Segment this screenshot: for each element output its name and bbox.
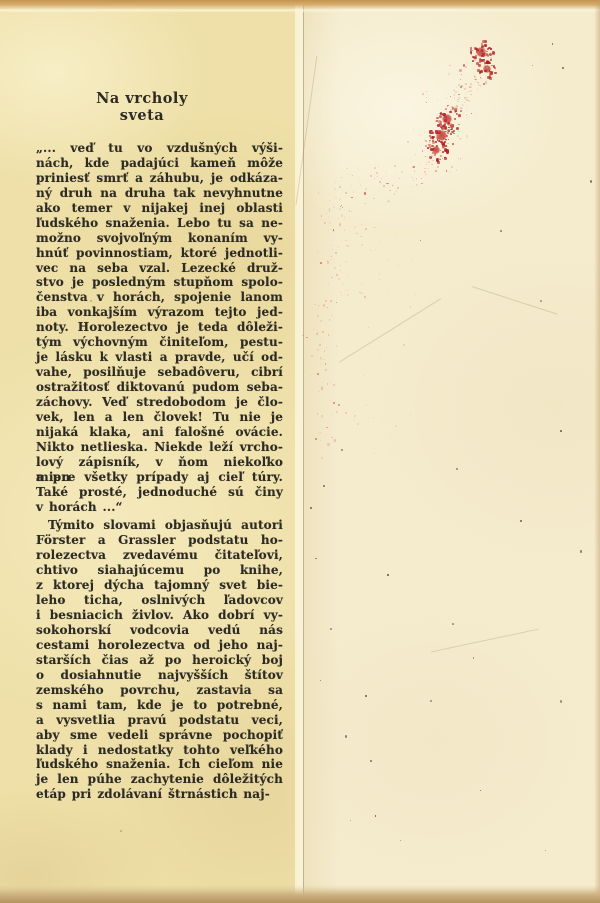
page-heading: Na vrcholy sveta [36,90,248,124]
text-line: etáp pri zdolávaní štrnástich naj- [36,787,283,802]
book-scan: Na vrcholy sveta „... veď tu vo vzdušnýc… [0,0,600,903]
right-edge-shadow [594,0,600,903]
text-line: nijaká klaka, ani falošné ovácie. [36,425,283,440]
heading-line-2: sveta [36,107,248,124]
text-line: „... veď tu vo vzdušných výši- [36,141,283,156]
top-edge-highlight [0,9,600,12]
text-line: vek, len a len človek! Tu nie je [36,410,283,425]
text-line: ľudského snaženia. Ich cieľom nie [36,757,283,772]
text-line: tým výchovným činiteľom, pestu- [36,335,283,350]
text-line: o dosiahnutie najvyšších štítov [36,668,283,683]
text-line: cestami horolezectva od jeho naj- [36,638,283,653]
text-line: zemského povrchu, zastavia sa [36,683,283,698]
text-line: z ktorej dýcha tajomný svet bie- [36,578,283,593]
text-line: Nikto netlieska. Niekde leží vrcho- [36,440,283,455]
text-line: leho ticha, oslnivých ľadovcov [36,593,283,608]
text-line: starších čias až po heroický boj [36,653,283,668]
text-line: lový zápisník, v ňom niekoľko mien [36,455,283,470]
text-line: a vysvetlia pravú podstatu veci, [36,713,283,728]
text-line: chtivo siahajúcemu po knihe, [36,563,283,578]
text-line: hnúť povinnostiam, ktoré jednotli- [36,246,283,261]
text-line: záchovy. Veď stredobodom je člo- [36,395,283,410]
text-line: čenstva v horách, spojenie lanom [36,290,283,305]
body-text: „... veď tu vo vzdušných výši-nách, kde … [36,141,283,802]
text-line: aby sme vedeli správne pochopiť [36,728,283,743]
text-line: s nami tam, kde je to potrebné, [36,698,283,713]
text-line: stvo je posledným stupňom spolo- [36,275,283,290]
text-line: Förster a Grassler podstatu ho- [36,533,283,548]
paragraph: „... veď tu vo vzdušných výši-nách, kde … [36,141,283,514]
text-line: je len púhe zachytenie dôležitých [36,772,283,787]
text-line: ostražitosť diktovanú pudom seba- [36,380,283,395]
right-page [297,0,600,903]
body-text-column: „... veď tu vo vzdušných výši-nách, kde … [36,141,283,802]
heading-line-1: Na vrcholy [36,90,248,107]
text-line: priniesť smrť a záhubu, je odkáza- [36,171,283,186]
text-line: Týmito slovami objasňujú autori [36,518,283,533]
fold-edge-line [303,5,304,895]
text-line: je lásku k vlasti a pravde, učí od- [36,350,283,365]
text-line: a pre všetky prípady aj cieľ túry. [36,470,283,485]
text-line: ako temer v nijakej inej oblasti [36,201,283,216]
text-line: vahe, posilňuje sebadôveru, cibrí [36,365,283,380]
text-line: Také prosté, jednoduché sú činy [36,485,283,500]
text-line: iba vonkajším výrazom tejto jed- [36,305,283,320]
text-line: možno svojvoľným konaním vy- [36,231,283,246]
text-line: v horách ...“ [36,500,283,515]
text-line: noty. Horolezectvo je teda dôleži- [36,320,283,335]
text-line: ľudského snaženia. Lebo tu sa ne- [36,216,283,231]
text-line: rolezectva zvedavému čitateľovi, [36,548,283,563]
text-line: ný druh na druha tak nevyhnutne [36,186,283,201]
text-line: vec na seba vzal. Lezecké druž- [36,261,283,276]
text-line: i besniacich živlov. Ako dobrí vy- [36,608,283,623]
paragraph: Týmito slovami objasňujú autoriFörster a… [36,518,283,802]
text-line: klady i nedostatky tohto veľkého [36,743,283,758]
text-line: sokohorskí vodcovia vedú nás [36,623,283,638]
bottom-edge-shadow [0,885,600,903]
text-line: nách, kde padajúci kameň môže [36,156,283,171]
